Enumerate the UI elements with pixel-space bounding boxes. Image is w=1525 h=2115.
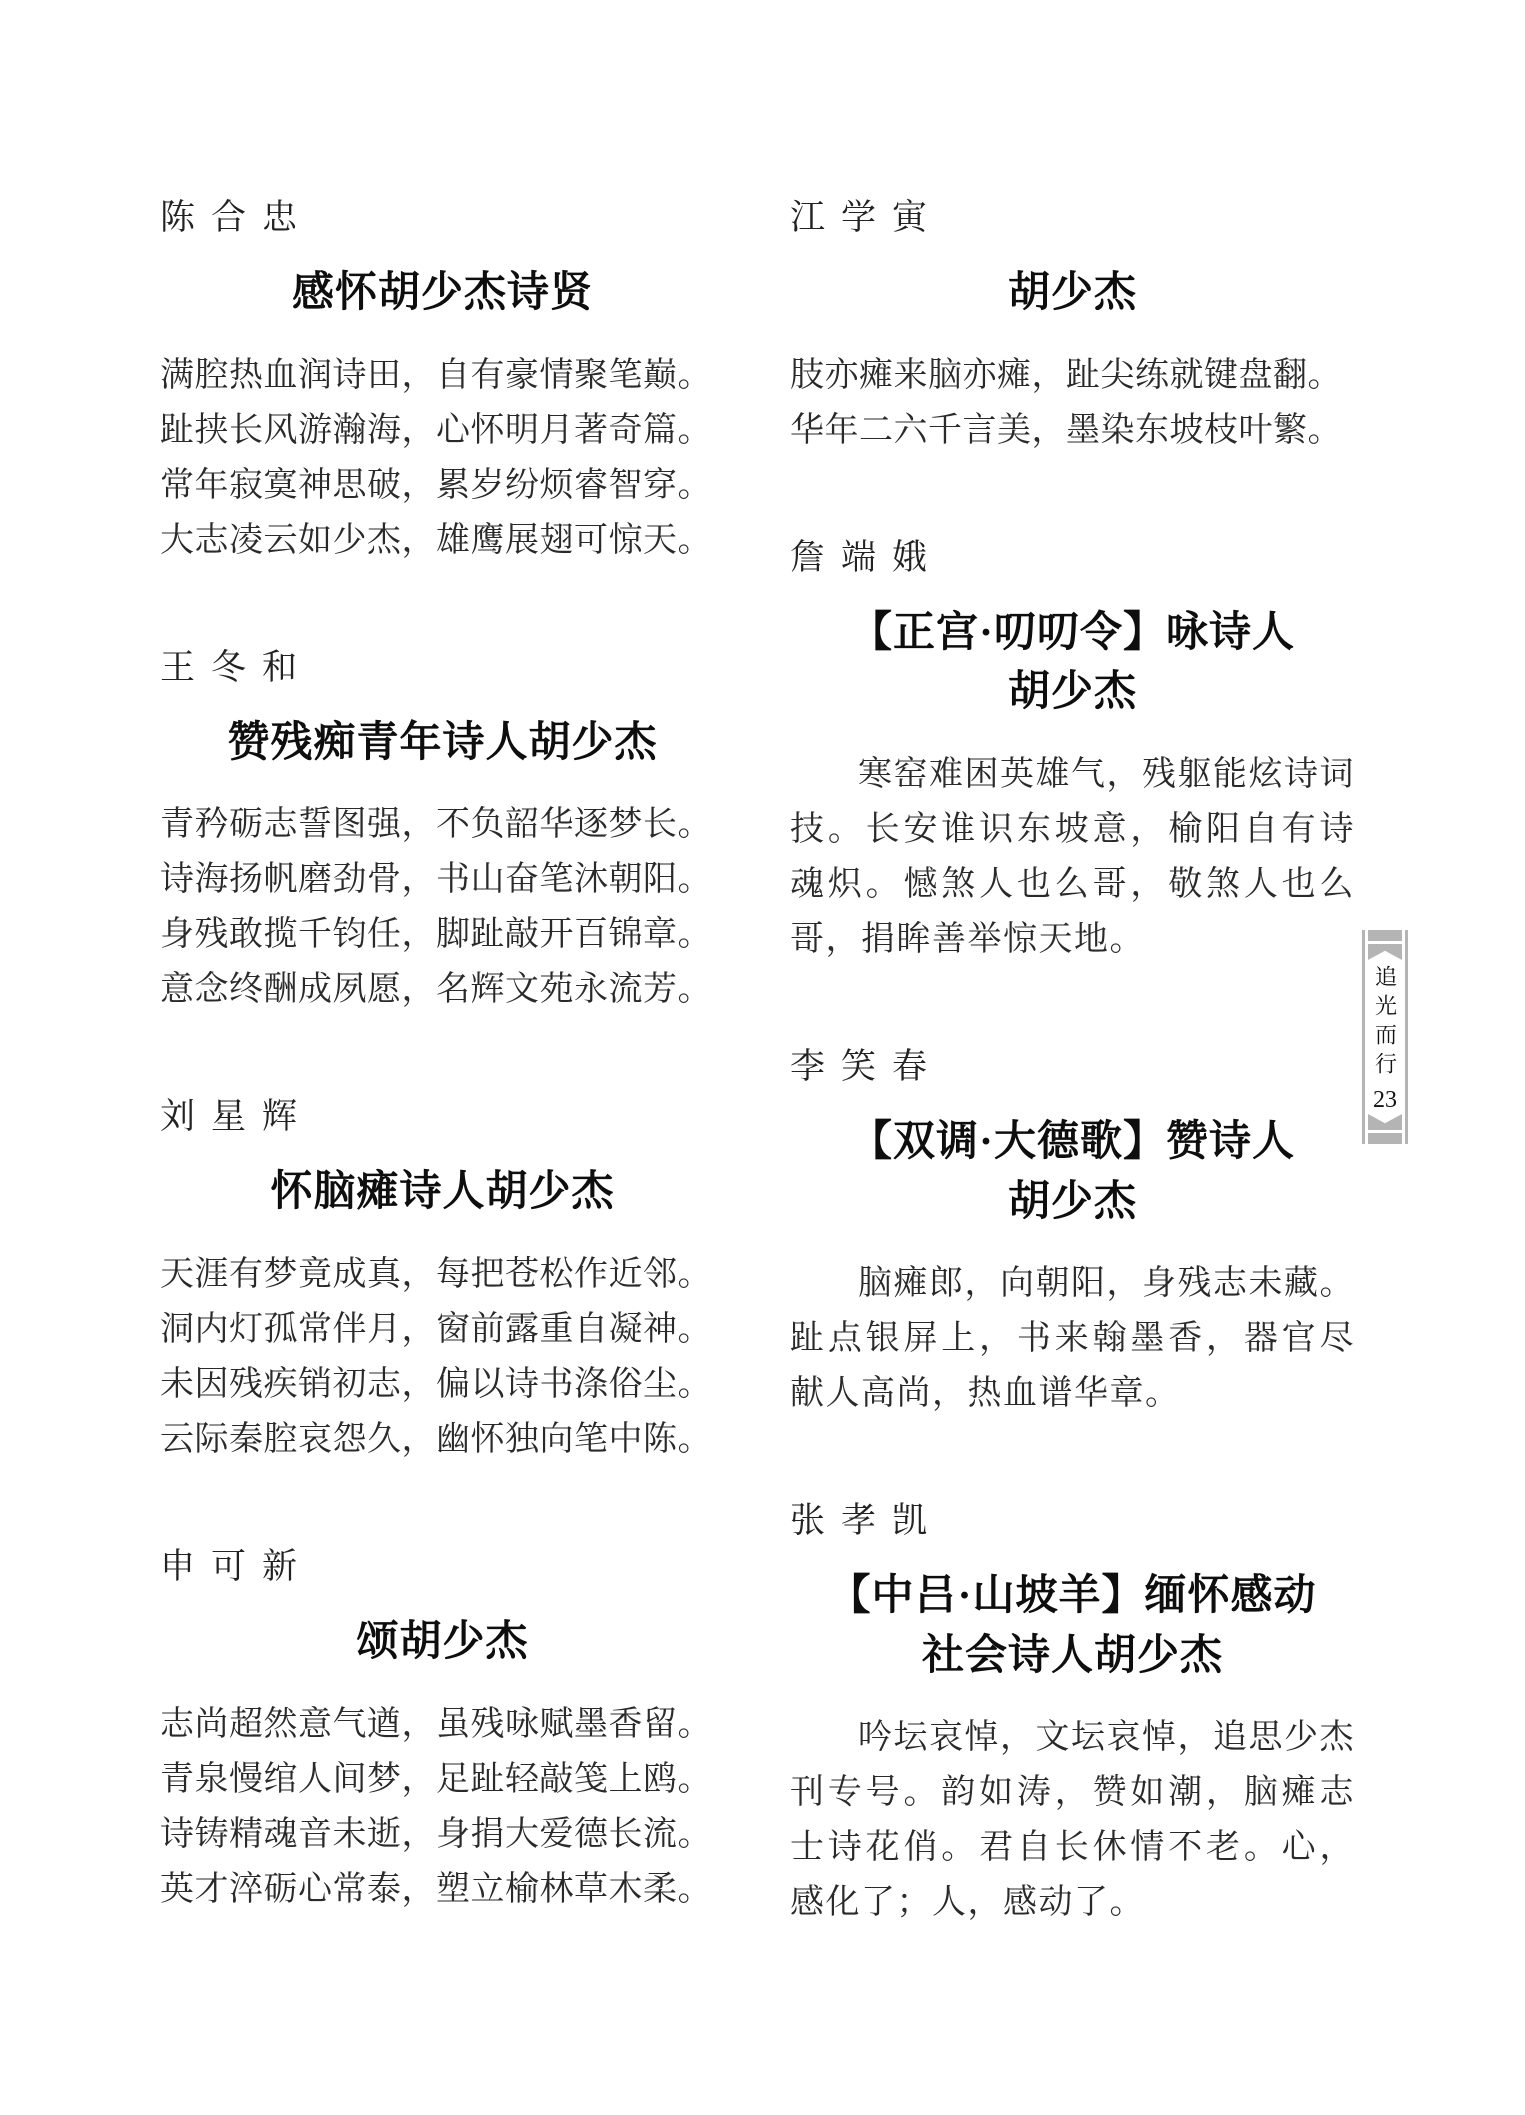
ribbon-bar-icon <box>1368 1133 1402 1144</box>
poem-line: 青矜砺志誓图强，不负韶华逐梦长。 <box>160 797 725 852</box>
poem-author: 张孝凯 <box>790 1493 1355 1543</box>
poem-title: 【正宫·叨叨令】咏诗人 胡少杰 <box>790 604 1355 723</box>
poem-title-line: 【正宫·叨叨令】咏诗人 <box>790 604 1355 664</box>
poem-section: 李笑春 【双调·大德歌】赞诗人 胡少杰 脑瘫郎，向朝阳，身残志未藏。趾点银屏上，… <box>790 1039 1355 1421</box>
poem-line: 满腔热血润诗田，自有豪情聚笔巅。 <box>160 348 725 403</box>
poem-line: 天涯有梦竟成真，每把苍松作近邻。 <box>160 1247 725 1302</box>
poem-author: 申可新 <box>160 1539 725 1589</box>
poem-section: 陈合忠 感怀胡少杰诗贤 满腔热血润诗田，自有豪情聚笔巅。 趾挟长风游瀚海，心怀明… <box>160 190 725 568</box>
poem-title: 颂胡少杰 <box>160 1613 725 1673</box>
poem-section: 申可新 颂胡少杰 志尚超然意气遒，虽残咏赋墨香留。 青泉慢绾人间梦，足趾轻敲笺上… <box>160 1539 725 1917</box>
poem-title-line: 【中吕·山坡羊】缅怀感动 <box>790 1567 1355 1627</box>
poem-author: 王冬和 <box>160 640 725 690</box>
poem-section: 江学寅 胡少杰 肢亦瘫来脑亦瘫，趾尖练就键盘翻。 华年二六千言美，墨染东坡枝叶繁… <box>790 190 1355 458</box>
poem-line: 未因残疾销初志，偏以诗书涤俗尘。 <box>160 1357 725 1412</box>
poem-line: 华年二六千言美，墨染东坡枝叶繁。 <box>790 403 1355 458</box>
poem-author: 陈合忠 <box>160 190 725 240</box>
poem-section: 詹端娥 【正宫·叨叨令】咏诗人 胡少杰 寒窑难困英雄气，残躯能炫诗词技。长安谁识… <box>790 530 1355 967</box>
chapter-title-vertical: 追光而行 <box>1370 965 1401 1081</box>
poem-line: 志尚超然意气遒，虽残咏赋墨香留。 <box>160 1697 725 1752</box>
poem-author: 刘星辉 <box>160 1089 725 1139</box>
poem-title-line: 怀脑瘫诗人胡少杰 <box>160 1163 725 1223</box>
poem-section: 张孝凯 【中吕·山坡羊】缅怀感动 社会诗人胡少杰 吟坛哀悼，文坛哀悼，追思少杰刊… <box>790 1493 1355 1930</box>
poem-title: 怀脑瘫诗人胡少杰 <box>160 1163 725 1223</box>
poem-title: 【中吕·山坡羊】缅怀感动 社会诗人胡少杰 <box>790 1567 1355 1686</box>
ribbon-tab-body: 追光而行 23 <box>1368 960 1402 1114</box>
ribbon-chevron-up-icon <box>1368 1114 1402 1130</box>
ribbon-chevron-down-icon <box>1368 944 1402 960</box>
poem-title-line: 胡少杰 <box>790 663 1355 723</box>
poem-line: 英才淬砺心常泰，塑立榆林草木柔。 <box>160 1862 725 1917</box>
poem-title-line: 颂胡少杰 <box>160 1613 725 1673</box>
page-content: 陈合忠 感怀胡少杰诗贤 满腔热血润诗田，自有豪情聚笔巅。 趾挟长风游瀚海，心怀明… <box>160 190 1355 2002</box>
poem-title: 胡少杰 <box>790 264 1355 324</box>
poem-line: 身残敢揽千钧任，脚趾敲开百锦章。 <box>160 907 725 962</box>
book-page: 陈合忠 感怀胡少杰诗贤 满腔热血润诗田，自有豪情聚笔巅。 趾挟长风游瀚海，心怀明… <box>0 0 1525 2115</box>
poem-author: 李笑春 <box>790 1039 1355 1089</box>
poem-title-line: 胡少杰 <box>790 264 1355 324</box>
poem-paragraph: 寒窑难困英雄气，残躯能炫诗词技。长安谁识东坡意，榆阳自有诗魂炽。憾煞人也么哥，敬… <box>790 747 1355 967</box>
poem-paragraph: 吟坛哀悼，文坛哀悼，追思少杰刊专号。韵如涛，赞如潮，脑瘫志士诗花俏。君自长休情不… <box>790 1710 1355 1930</box>
poem-title-line: 感怀胡少杰诗贤 <box>160 264 725 324</box>
poem-section: 刘星辉 怀脑瘫诗人胡少杰 天涯有梦竟成真，每把苍松作近邻。 洞内灯孤常伴月，窗前… <box>160 1089 725 1467</box>
poem-line: 趾挟长风游瀚海，心怀明月著奇篇。 <box>160 403 725 458</box>
poem-author: 詹端娥 <box>790 530 1355 580</box>
left-column: 陈合忠 感怀胡少杰诗贤 满腔热血润诗田，自有豪情聚笔巅。 趾挟长风游瀚海，心怀明… <box>160 190 725 2002</box>
right-column: 江学寅 胡少杰 肢亦瘫来脑亦瘫，趾尖练就键盘翻。 华年二六千言美，墨染东坡枝叶繁… <box>790 190 1355 2002</box>
poem-line: 诗海扬帆磨劲骨，书山奋笔沐朝阳。 <box>160 852 725 907</box>
poem-section: 王冬和 赞残痴青年诗人胡少杰 青矜砺志誓图强，不负韶华逐梦长。 诗海扬帆磨劲骨，… <box>160 640 725 1018</box>
page-number: 23 <box>1373 1087 1397 1114</box>
poem-author: 江学寅 <box>790 190 1355 240</box>
poem-line: 诗铸精魂音未逝，身捐大爱德长流。 <box>160 1807 725 1862</box>
poem-title-line: 胡少杰 <box>790 1173 1355 1233</box>
poem-line: 洞内灯孤常伴月，窗前露重自凝神。 <box>160 1302 725 1357</box>
poem-line: 肢亦瘫来脑亦瘫，趾尖练就键盘翻。 <box>790 348 1355 403</box>
poem-paragraph: 脑瘫郎，向朝阳，身残志未藏。趾点银屏上，书来翰墨香，器官尽献人高尚，热血谱华章。 <box>790 1256 1355 1421</box>
poem-title: 赞残痴青年诗人胡少杰 <box>160 714 725 774</box>
poem-line: 大志凌云如少杰，雄鹰展翅可惊天。 <box>160 513 725 568</box>
poem-line: 云际秦腔哀怨久，幽怀独向笔中陈。 <box>160 1412 725 1467</box>
ribbon-bar-icon <box>1368 930 1402 941</box>
poem-title: 感怀胡少杰诗贤 <box>160 264 725 324</box>
poem-line: 常年寂寞神思破，累岁纷烦睿智穿。 <box>160 458 725 513</box>
poem-line: 青泉慢绾人间梦，足趾轻敲笺上鸥。 <box>160 1752 725 1807</box>
poem-title-line: 社会诗人胡少杰 <box>790 1627 1355 1687</box>
poem-title-line: 赞残痴青年诗人胡少杰 <box>160 714 725 774</box>
chapter-ribbon-tab: 追光而行 23 <box>1362 930 1408 1144</box>
poem-title-line: 【双调·大德歌】赞诗人 <box>790 1113 1355 1173</box>
poem-title: 【双调·大德歌】赞诗人 胡少杰 <box>790 1113 1355 1232</box>
poem-line: 意念终酬成夙愿，名辉文苑永流芳。 <box>160 962 725 1017</box>
